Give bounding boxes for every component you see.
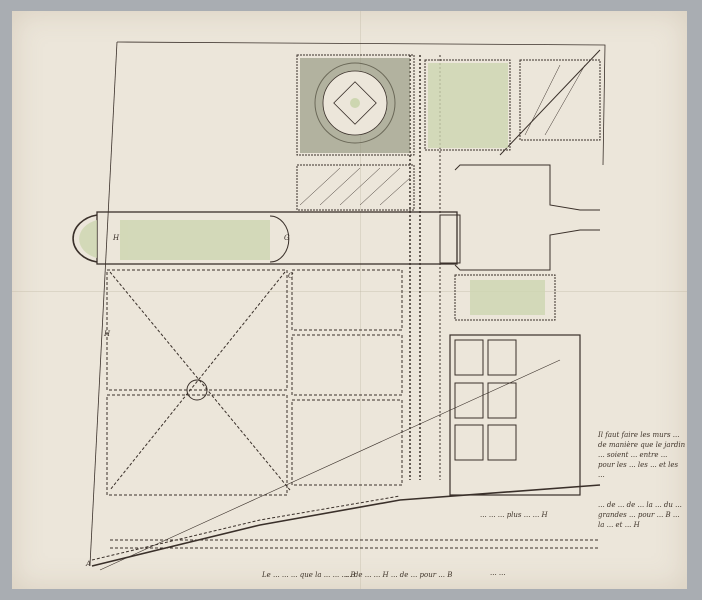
label-h-left: H [104,330,110,338]
label-h-main: H [113,234,119,242]
annotation-right-1: Il faut faire les murs ... de manière qu… [598,430,686,480]
label-a: A [86,560,91,568]
garden-plan-drawing [0,0,702,600]
annotation-bottom-2: ... de ... ... H ... de ... pour ... B [345,570,485,580]
label-c: C [288,272,293,280]
annotation-right-2: ... de ... de ... la ... du ... grandes … [598,500,686,530]
signature: ... ... [490,568,570,578]
annotation-center: ... ... ... plus ... ... H [480,510,580,520]
label-g: G [284,234,290,242]
